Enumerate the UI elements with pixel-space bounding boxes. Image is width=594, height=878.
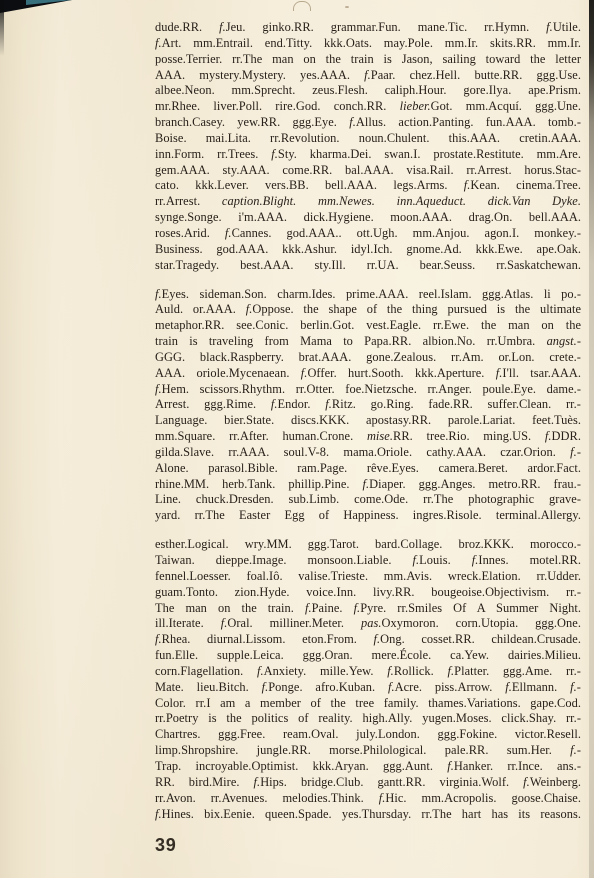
scan-shadow-topleft-accent: [26, 0, 72, 5]
text-line: fennel.Loesser. foal.Iô. valise.Trieste.…: [155, 569, 581, 585]
text-line: star.Tragedy. best.AAA. sty.Ill. rr.UA. …: [155, 258, 581, 274]
text-line: AAA. oriole.Mycenaean. f.Offer. hurt.Soo…: [155, 366, 581, 382]
text-line: The man on the train. f.Paine. f.Pyre. r…: [155, 601, 581, 617]
text-line: inn.Form. rr.Trees. f.Sty. kharma.Dei. s…: [155, 147, 581, 163]
paragraph-2: f.Eyes. sideman.Son. charm.Ides. prime.A…: [155, 287, 581, 525]
text-line: branch.Casey. yew.RR. ggg.Eye. f.Allus. …: [155, 115, 581, 131]
scan-shadow-left-sliver: [0, 0, 4, 56]
text-line: guam.Tonto. zion.Hyde. voice.Inn. livy.R…: [155, 585, 581, 601]
text-line: f.Hem. scissors.Rhythm. rr.Otter. foe.Ni…: [155, 382, 581, 398]
page-number: 39: [155, 835, 177, 856]
text-line: f.Hines. bix.Eenie. queen.Spade. yes.Thu…: [155, 807, 581, 823]
text-line: posse.Terrier. rr.The man on the train i…: [155, 52, 581, 68]
text-line: esther.Logical. wry.MM. ggg.Tarot. bard.…: [155, 537, 581, 553]
text-line: metaphor.RR. see.Conic. berlin.Got. vest…: [155, 318, 581, 334]
text-line: albee.Neon. mm.Sprecht. zeus.Flesh. cali…: [155, 83, 581, 99]
text-line: Boise. mai.Lita. rr.Revolution. noun.Chu…: [155, 131, 581, 147]
text-line: f.Art. mm.Entrail. end.Titty. kkk.Oats. …: [155, 36, 581, 52]
text-line: Arrest. ggg.Rime. f.Endor. f.Ritz. go.Ri…: [155, 397, 581, 413]
text-line: Business. god.AAA. kkk.Ashur. idyl.Ich. …: [155, 242, 581, 258]
text-line: Mate. lieu.Bitch. f.Ponge. afro.Kuban. f…: [155, 680, 581, 696]
text-line: f.Rhea. diurnal.Lissom. eton.From. f.Ong…: [155, 632, 581, 648]
text-line: Chartres. ggg.Free. ream.Oval. july.Lond…: [155, 727, 581, 743]
text-line: train is traveling from Mama to Papa.RR.…: [155, 334, 581, 350]
text-line: Trap. incroyable.Optimist. kkk.Aryan. gg…: [155, 759, 581, 775]
text-line: fun.Elle. supple.Leica. ggg.Oran. mere.É…: [155, 648, 581, 664]
text-line: synge.Songe. i'm.AAA. dick.Hygiene. moon…: [155, 210, 581, 226]
text-line: gilda.Slave. rr.AAA. soul.V-8. mama.Orio…: [155, 445, 581, 461]
text-line: limp.Shropshire. jungle.RR. morse.Philol…: [155, 743, 581, 759]
page-edge-shadow-right: [589, 0, 594, 878]
text-line: Alone. parasol.Bible. ram.Page. rêve.Eye…: [155, 461, 581, 477]
paragraph-3: esther.Logical. wry.MM. ggg.Tarot. bard.…: [155, 537, 581, 822]
text-line: Color. rr.I am a member of the tree fami…: [155, 696, 581, 712]
paragraph-1: dude.RR. f.Jeu. ginko.RR. grammar.Fun. m…: [155, 20, 581, 274]
text-line: corn.Flagellation. f.Anxiety. mille.Yew.…: [155, 664, 581, 680]
text-line: Language. bier.State. discs.KKK. apostas…: [155, 413, 581, 429]
text-line: ill.Iterate. f.Oral. milliner.Meter. pas…: [155, 616, 581, 632]
text-line: dude.RR. f.Jeu. ginko.RR. grammar.Fun. m…: [155, 20, 581, 36]
text-line: Auld. or.AAA. f.Oppose. the shape of the…: [155, 302, 581, 318]
scanned-book-page: dude.RR. f.Jeu. ginko.RR. grammar.Fun. m…: [0, 0, 594, 878]
text-line: yard. rr.The Easter Egg of Happiness. in…: [155, 508, 581, 524]
text-line: rr.Arrest. caption.Blight. mm.Newes. inn…: [155, 194, 581, 210]
text-line: RR. bird.Mire. f.Hips. bridge.Club. gant…: [155, 775, 581, 791]
scan-artifact-arc: [293, 1, 311, 11]
text-line: cato. kkk.Lever. vers.BB. bell.AAA. legs…: [155, 178, 581, 194]
text-line: roses.Arid. f.Cannes. god.AAA.. ott.Ugh.…: [155, 226, 581, 242]
text-line: gem.AAA. sty.AAA. come.RR. bal.AAA. visa…: [155, 163, 581, 179]
text-line: AAA. mystery.Mystery. yes.AAA. f.Paar. c…: [155, 68, 581, 84]
text-block: dude.RR. f.Jeu. ginko.RR. grammar.Fun. m…: [155, 20, 581, 822]
text-line: Line. chuck.Dresden. sub.Limb. come.Ode.…: [155, 492, 581, 508]
text-line: f.Eyes. sideman.Son. charm.Ides. prime.A…: [155, 287, 581, 303]
text-line: mm.Square. rr.After. human.Crone. mise.R…: [155, 429, 581, 445]
text-line: Taiwan. dieppe.Image. monsoon.Liable. f.…: [155, 553, 581, 569]
text-line: GGG. black.Raspberry. brat.AAA. gone.Zea…: [155, 350, 581, 366]
scan-artifact-speck: [345, 6, 349, 8]
text-line: rr.Poetry is the politics of reality. hi…: [155, 711, 581, 727]
text-line: mr.Rhee. liver.Poll. rire.God. conch.RR.…: [155, 99, 581, 115]
text-line: rhine.MM. herb.Tank. phillip.Pine. f.Dia…: [155, 477, 581, 493]
text-line: rr.Avon. rr.Avenues. melodies.Think. f.H…: [155, 791, 581, 807]
